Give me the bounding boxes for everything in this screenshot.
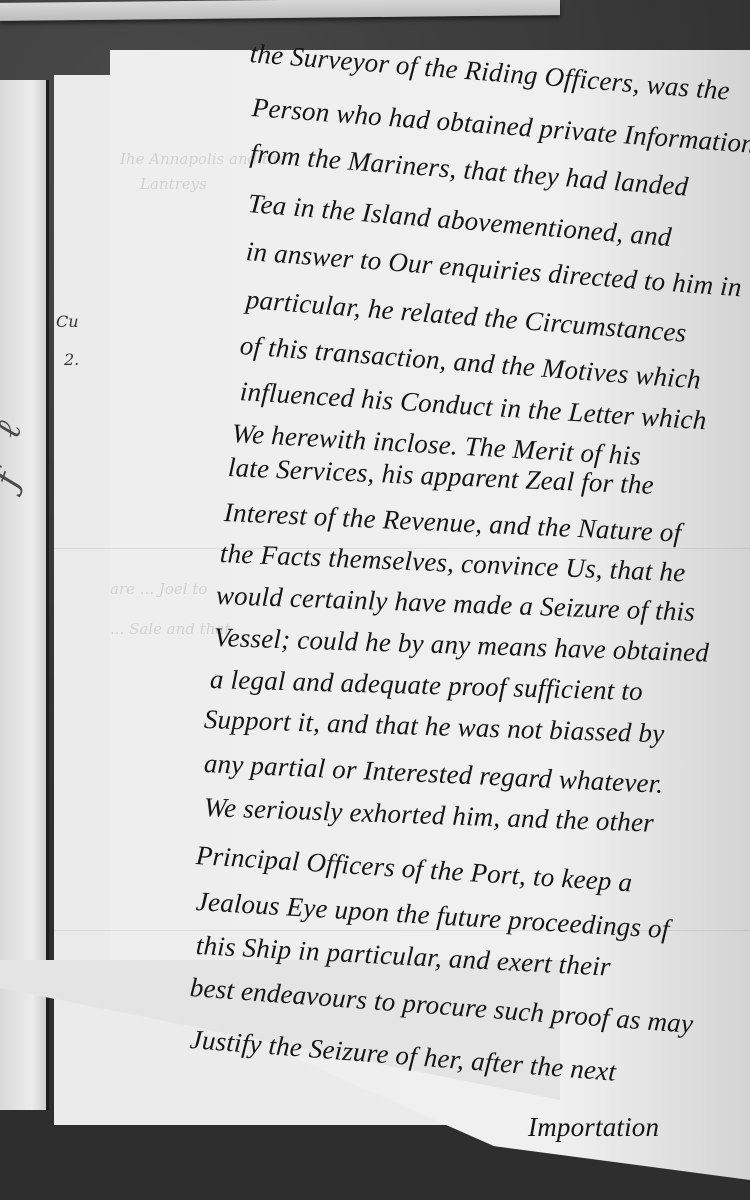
ink-mark: ℓ [0,417,30,444]
bleed-through-text: ... Sale and that [110,620,230,638]
ink-mark: ƒ [0,467,29,493]
bleed-through-text: Lantreys [140,175,207,193]
bleed-through-text: are ... Joel to [110,580,207,598]
catchword: Importation [528,1112,659,1143]
underlying-sheet-left: ℓ ƒ [0,80,49,1110]
margin-note: 2. [64,350,79,369]
margin-note: Cu [56,312,79,331]
